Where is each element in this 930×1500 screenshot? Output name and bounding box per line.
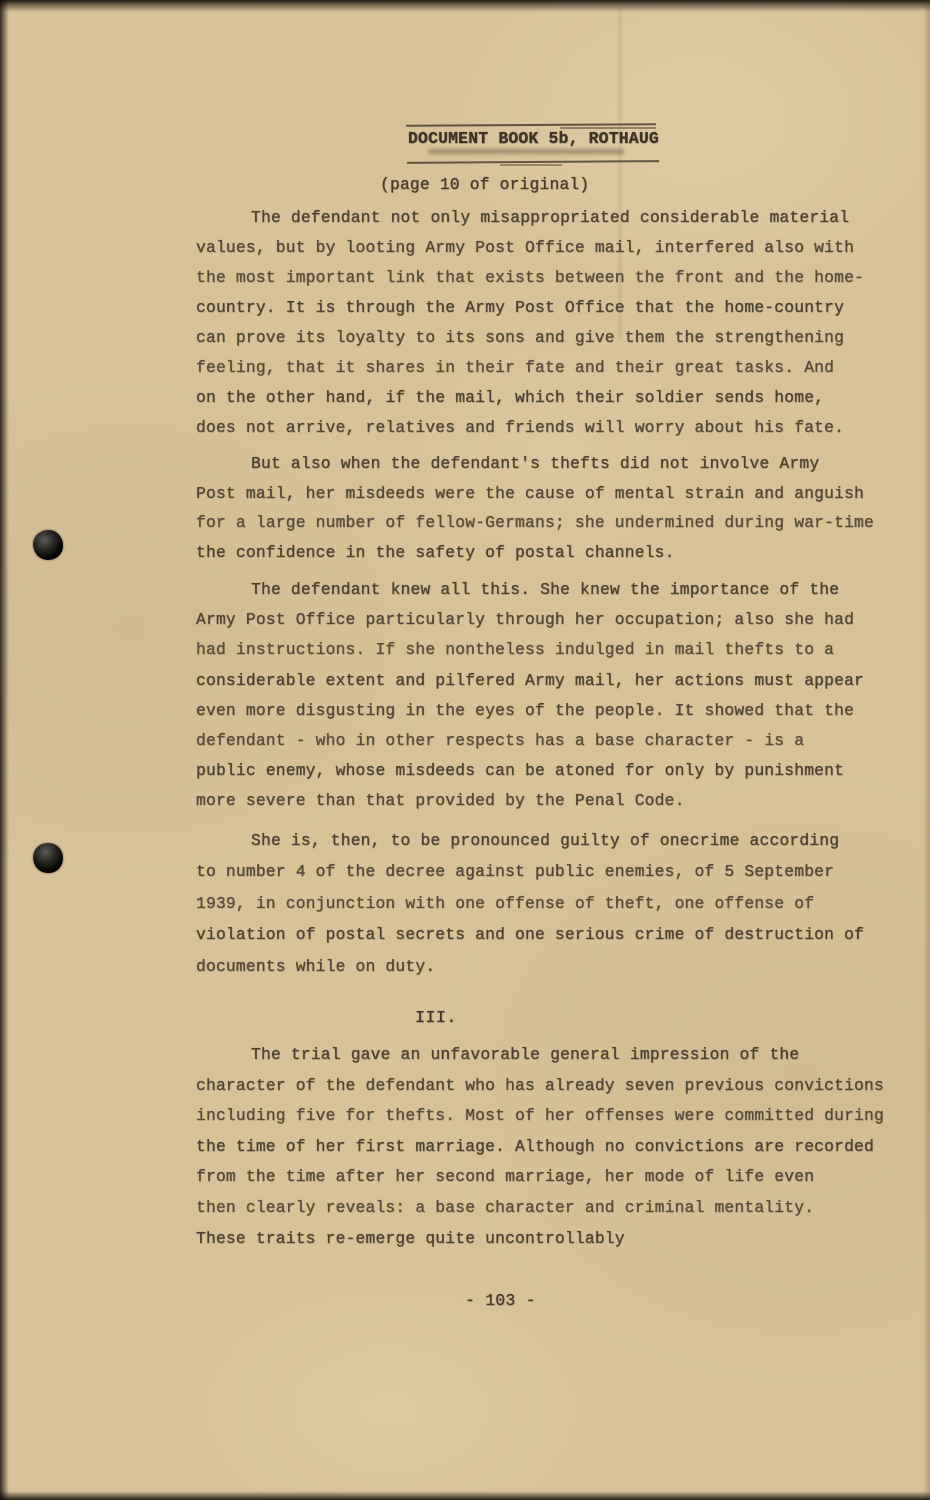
text-line: These traits re-emerge quite uncontrolla… [196,1224,886,1255]
document-title: DOCUMENT BOOK 5b, ROTHAUG [408,129,659,149]
text-line: for a large number of fellow-Germans; sh… [196,508,886,538]
section-heading: III. [415,1008,457,1030]
text-line: the most important link that exists betw… [196,263,886,293]
text-line: But also when the defendant's thefts did… [196,449,886,479]
text-line: public enemy, whose misdeeds can be aton… [196,756,886,786]
text-line: violation of postal secrets and one seri… [196,919,886,950]
scan-edge-left [0,0,9,1500]
text-line: The defendant knew all this. She knew th… [196,575,886,605]
paragraph-2: But also when the defendant's thefts did… [196,449,886,567]
page-number: - 103 - [465,1291,536,1311]
text-line: does not arrive, relatives and friends w… [196,413,886,443]
scan-edge-top [0,0,930,12]
text-line: from the time after her second marriage,… [196,1162,886,1193]
text-line: including five for thefts. Most of her o… [196,1101,886,1132]
text-line: considerable extent and pilfered Army ma… [196,666,886,696]
text-line: to number 4 of the decree against public… [196,856,886,887]
text-line: feeling, that it shares in their fate an… [196,353,886,383]
text-line: had instructions. If she nontheless indu… [196,635,886,665]
text-line: The defendant not only misappropriated c… [196,203,886,233]
text-line: the confidence in the safety of postal c… [196,538,886,568]
document-page: DOCUMENT BOOK 5b, ROTHAUG (page 10 of or… [0,0,930,1500]
text-line: Army Post Office particularly through he… [196,605,886,635]
text-line: more severe than that provided by the Pe… [196,786,886,816]
text-line: on the other hand, if the mail, which th… [196,383,886,413]
text-line: She is, then, to be pronounced guilty of… [196,825,886,856]
scan-edge-right [923,0,930,1500]
text-line: documents while on duty. [196,951,886,982]
text-line: then clearly reveals: a base character a… [196,1193,886,1224]
text-line: The trial gave an unfavorable general im… [196,1040,886,1071]
text-line: character of the defendant who has alrea… [196,1071,886,1102]
text-line: values, but by looting Army Post Office … [196,233,886,263]
section-paragraph-1: The trial gave an unfavorable general im… [196,1040,886,1254]
paragraph-1: The defendant not only misappropriated c… [196,203,886,443]
paragraph-4: She is, then, to be pronounced guilty of… [196,825,886,982]
text-line: defendant - who in other respects has a … [196,726,886,756]
paragraph-3: The defendant knew all this. She knew th… [196,575,886,817]
header-rule-bottom-fragment [500,164,562,166]
hole-punch-bottom [30,840,66,876]
text-line: can prove its loyalty to its sons and gi… [196,323,886,353]
hole-punch-top [33,530,63,560]
text-line: 1939, in conjunction with one offense of… [196,888,886,919]
header-smudge [428,149,624,154]
text-line: the time of her first marriage. Although… [196,1132,886,1163]
text-line: Post mail, her misdeeds were the cause o… [196,479,886,509]
page-note: (page 10 of original) [380,175,589,195]
scan-edge-bottom [0,1491,930,1500]
text-line: even more disgusting in the eyes of the … [196,696,886,726]
text-line: country. It is through the Army Post Off… [196,293,886,323]
